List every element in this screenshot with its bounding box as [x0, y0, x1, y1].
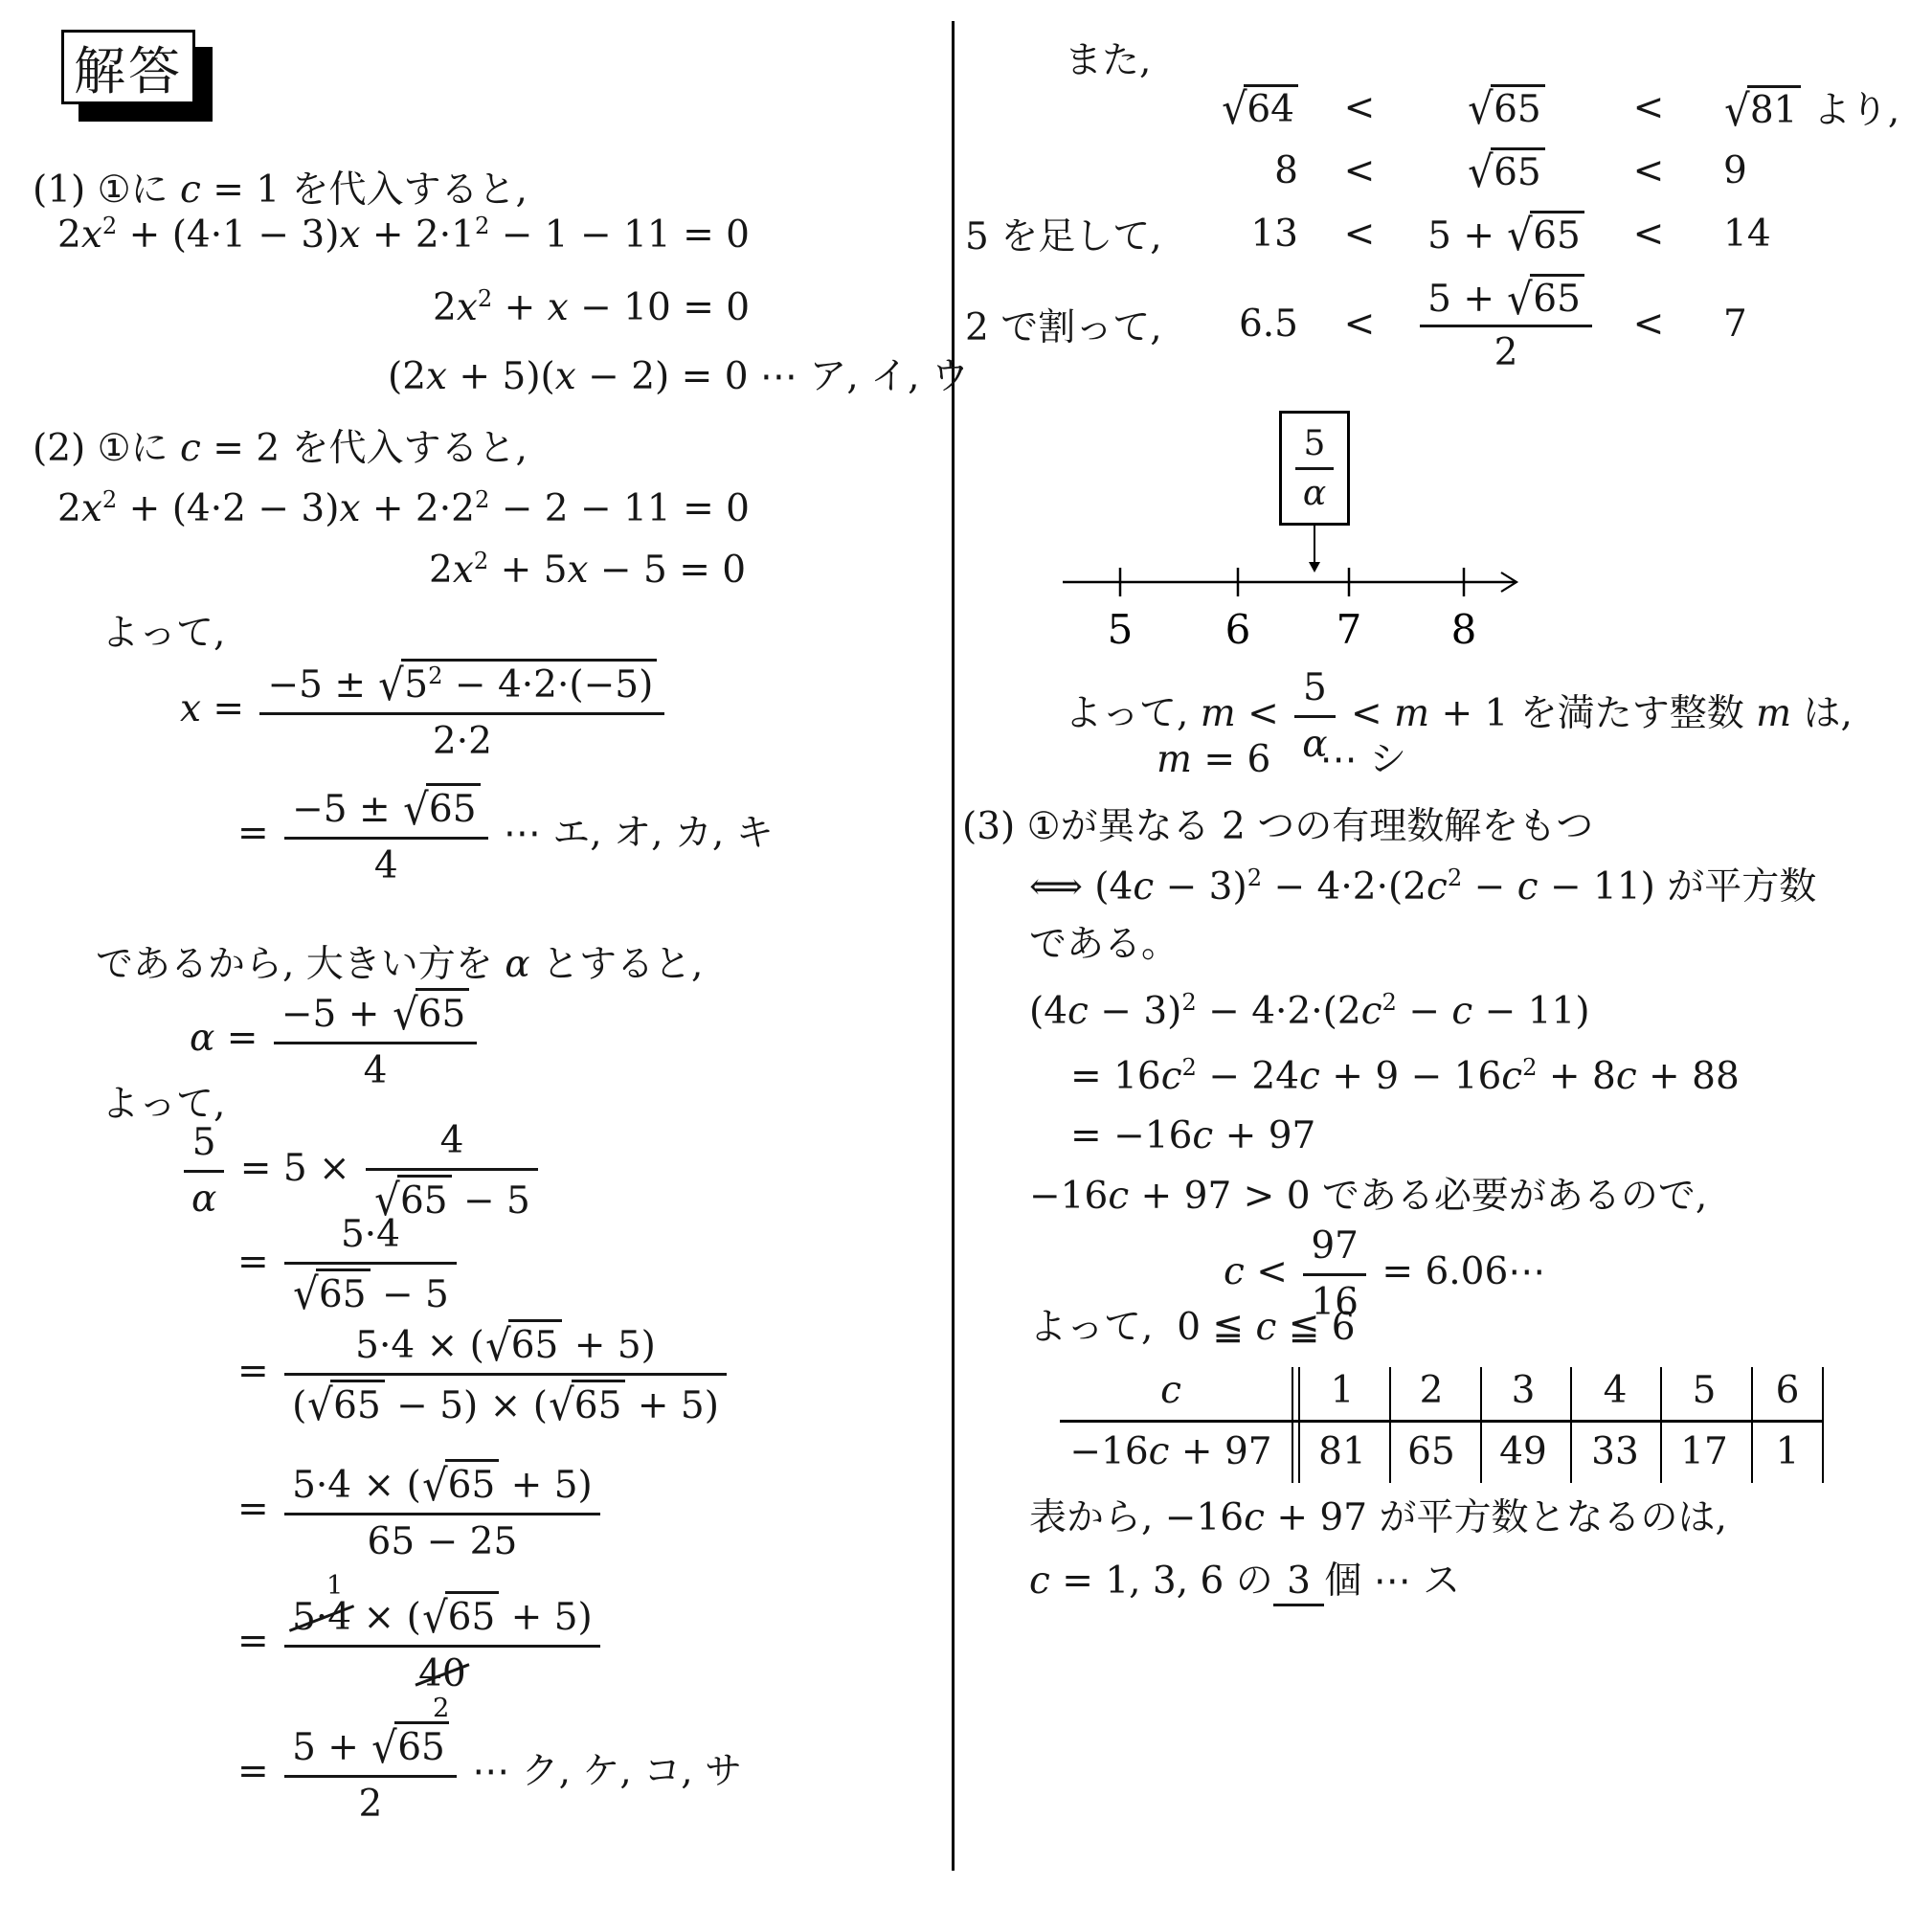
table-double-rule: [1292, 1367, 1300, 1483]
answer-badge: 解答: [61, 30, 195, 104]
answer-badge-label: 解答: [74, 31, 183, 104]
part1-heading: (1) ①に c = 1 を代入すると,: [33, 168, 528, 213]
table-f-2: 65: [1407, 1430, 1455, 1473]
ineq-row2-mid: √65: [1467, 147, 1544, 194]
therefore-label-1: よって,: [101, 611, 225, 657]
ineq-row2-lt1: <: [1344, 149, 1376, 192]
ratio-result: = 5 + √652 ⋯ ク, ケ, コ, サ: [237, 1721, 742, 1827]
table-rule-1: [1389, 1367, 1391, 1483]
part1-equation-1: 2x2 + (4·1 − 3)x + 2·12 − 1 − 11 = 0: [57, 213, 750, 258]
numberline-label-5: 5: [1108, 606, 1134, 653]
ineq-row4-label: 2 で割って,: [965, 298, 1162, 351]
ratio-step-2: = 5·4√65 − 5: [237, 1212, 461, 1317]
ineq-row4-lt2: <: [1633, 303, 1665, 346]
ineq-row2-lo: 8: [1274, 149, 1298, 192]
roots-result: = −5 ± √654 ⋯ エ, オ, カ, キ: [237, 783, 774, 888]
part2-equation-2: 2x2 + 5x − 5 = 0: [429, 548, 746, 594]
ineq-row1-lt1: <: [1344, 86, 1376, 129]
numberline-label-7: 7: [1337, 606, 1362, 653]
ineq-row4-hi: 7: [1706, 303, 1747, 346]
part3-dearu: である。: [1029, 922, 1179, 968]
part3-answer: c = 1, 3, 6 の 3 個 ⋯ ス: [1029, 1559, 1460, 1606]
table-f-5: 17: [1680, 1430, 1728, 1473]
ineq-row3-mid: 5 + √65: [1427, 211, 1584, 258]
ratio-step-1: 5α = 5 × 4√65 − 5: [180, 1118, 542, 1223]
numberline-label-8: 8: [1451, 606, 1477, 653]
table-c-3: 3: [1512, 1369, 1536, 1412]
ineq-row3-lt1: <: [1344, 213, 1376, 256]
part3-equation-3: = −16c + 97: [1070, 1113, 1315, 1159]
part1-equation-2: 2x2 + x − 10 = 0: [433, 285, 750, 331]
ineq-row3-hi: 14: [1706, 213, 1771, 256]
five-over-alpha-value: 5α: [1292, 424, 1337, 513]
alpha-definition: α = −5 + √654: [190, 988, 481, 1093]
inequality-grid: √64 < √65 < √81 より, 8 < √65 < 9 5 を足して, …: [965, 84, 1932, 374]
ineq-row3-label: 5 を足して,: [965, 207, 1162, 260]
ratio-step-5-cancel: = 5·41 × (√65 + 5)402: [237, 1591, 604, 1696]
table-c-1: 1: [1331, 1369, 1355, 1412]
table-horizontal-rule: [1060, 1420, 1824, 1423]
table-rule-3: [1570, 1367, 1572, 1483]
m-answer: m = 6 ⋯ シ: [1157, 737, 1406, 783]
table-f-4: 33: [1591, 1430, 1639, 1473]
five-over-alpha-box: 5α: [1279, 411, 1350, 526]
part2-equation-1: 2x2 + (4·2 − 3)x + 2·22 − 2 − 11 = 0: [57, 486, 750, 532]
numberline-label-6: 6: [1225, 606, 1251, 653]
table-f-1: 81: [1318, 1430, 1366, 1473]
table-header-c: c: [1160, 1369, 1181, 1412]
column-divider: [952, 21, 955, 1871]
part3-heading: (3) ①が異なる 2 つの有理数解をもつ: [962, 804, 1593, 850]
table-rule-4: [1660, 1367, 1662, 1483]
part3-condition: −16c + 97 > 0 である必要があるので,: [1029, 1174, 1707, 1220]
ratio-step-3: = 5·4 × (√65 + 5)(√65 − 5) × (√65 + 5): [237, 1319, 730, 1428]
ineq-row2-hi: 9: [1706, 149, 1747, 192]
part3-note: 表から, −16c + 97 が平方数となるのは,: [1029, 1495, 1727, 1541]
ineq-row3-lo: 13: [1250, 213, 1298, 256]
table-c-6: 6: [1776, 1369, 1800, 1412]
ineq-row4-lo: 6.5: [1239, 303, 1298, 346]
table-row-label: −16c + 97: [1069, 1430, 1271, 1473]
table-c-4: 4: [1604, 1369, 1628, 1412]
table-rule-2: [1480, 1367, 1482, 1483]
ratio-step-4: = 5·4 × (√65 + 5)65 − 25: [237, 1459, 604, 1564]
ineq-row3-lt2: <: [1633, 213, 1665, 256]
part3-range: よって, 0 ≦ c ≦ 6: [1029, 1305, 1356, 1351]
ineq-row1-lt2: <: [1633, 86, 1665, 129]
table-f-3: 49: [1499, 1430, 1547, 1473]
part3-iff: ⟺ (4c − 3)2 − 4·2·(2c2 − c − 11) が平方数: [1029, 864, 1816, 910]
solution-page: 解答 (1) ①に c = 1 を代入すると, 2x2 + (4·1 − 3)x…: [0, 0, 1932, 1908]
mata-label: また,: [1065, 38, 1151, 84]
ineq-row4-mid: 5 + √652: [1416, 274, 1596, 374]
number-line: 5 6 7 8: [1053, 536, 1541, 656]
alpha-intro: であるから, 大きい方を α とすると,: [96, 942, 703, 988]
part3-equation-1: (4c − 3)2 − 4·2·(2c2 − c − 11): [1029, 989, 1590, 1035]
ineq-row2-lt2: <: [1633, 149, 1665, 192]
ineq-row1-hi: √81 より,: [1706, 80, 1899, 134]
ineq-row1-mid: √65: [1467, 84, 1544, 131]
quadratic-formula: x = −5 ± √52 − 4·2·(−5)2·2: [180, 659, 668, 764]
table-c-5: 5: [1693, 1369, 1717, 1412]
table-rule-5: [1751, 1367, 1753, 1483]
table-c-2: 2: [1420, 1369, 1444, 1412]
part2-heading: (2) ①に c = 2 を代入すると,: [33, 426, 528, 472]
part3-equation-2: = 16c2 − 24c + 9 − 16c2 + 8c + 88: [1070, 1054, 1740, 1100]
ineq-row1-lo: √64: [1221, 84, 1298, 131]
table-f-6: 1: [1776, 1430, 1800, 1473]
value-table: c 1 2 3 4 5 6 −16c + 97 81 65 49 33 17 1: [1060, 1367, 1824, 1483]
ineq-row4-lt1: <: [1344, 303, 1376, 346]
part1-equation-3: (2x + 5)(x − 2) = 0 ⋯ ア, イ, ウ: [388, 354, 969, 400]
table-rule-right: [1822, 1367, 1824, 1483]
